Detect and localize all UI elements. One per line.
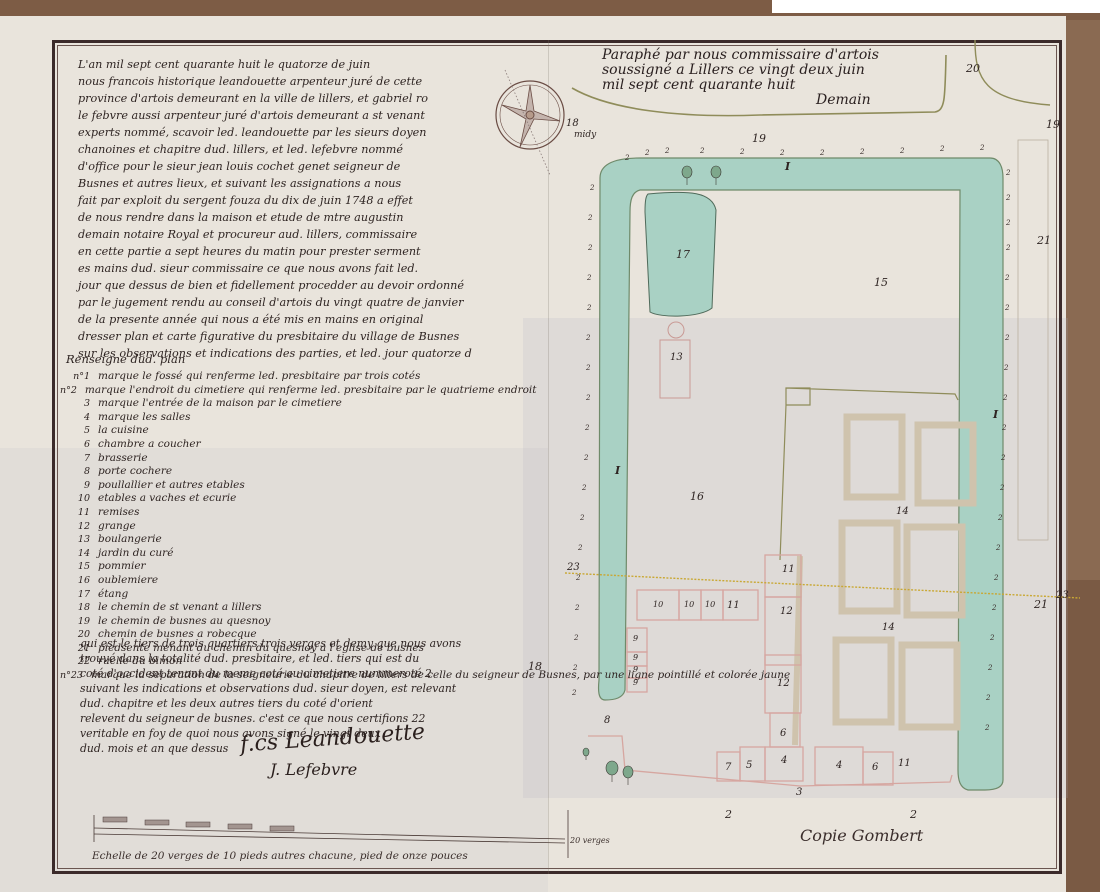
text-line: coté d'occident tenant du meme coté au c… bbox=[80, 666, 500, 681]
building-label: 4 bbox=[836, 760, 842, 771]
scale-end-label: 20 verges bbox=[570, 836, 610, 845]
svg-text:2: 2 bbox=[939, 145, 945, 153]
svg-text:2: 2 bbox=[1004, 304, 1010, 312]
text-line: Busnes et autres lieux, et suivant les a… bbox=[78, 175, 528, 192]
building-label: 12 bbox=[777, 678, 790, 689]
pasture-label: 16 bbox=[690, 490, 704, 503]
text-line: nous francois historique leandouette arp… bbox=[78, 73, 528, 90]
text-line: es mains dud. sieur commissaire ce que n… bbox=[78, 260, 528, 277]
orchard-label: 15 bbox=[874, 276, 888, 289]
svg-text:2: 2 bbox=[579, 514, 585, 522]
commissioner-signature: Demain bbox=[816, 92, 871, 108]
moat-label-right: I bbox=[993, 408, 998, 421]
text-line: relevent du seigneur de busnes. c'est ce… bbox=[80, 711, 500, 726]
text-line: trouvé dans la totalité dud. presbitaire… bbox=[80, 651, 500, 666]
svg-text:2: 2 bbox=[585, 334, 591, 342]
building-label: 9 bbox=[633, 678, 638, 687]
text-line: qui est le tiers de trois quartiers troi… bbox=[80, 636, 500, 651]
scale-caption: Echelle de 20 verges de 10 pieds autres … bbox=[92, 850, 468, 862]
approval-line: Paraphé par nous commissaire d'artois bbox=[602, 48, 922, 63]
svg-text:2: 2 bbox=[899, 147, 905, 155]
text-line: chanoines et chapitre dud. lillers, et l… bbox=[78, 141, 528, 158]
cemetery-label-2: 2 bbox=[910, 808, 917, 821]
approval-line: soussigné a Lillers ce vingt deux juin bbox=[602, 63, 922, 78]
boundary-23-right-label: 23 bbox=[1056, 590, 1069, 601]
text-line: en cette partie a sept heures du matin p… bbox=[78, 243, 528, 260]
text-line: jour que dessus de bien et fidellement p… bbox=[78, 277, 528, 294]
legend-title: Renseigne dud. plan bbox=[66, 352, 185, 366]
svg-text:2: 2 bbox=[586, 274, 592, 282]
svg-text:2: 2 bbox=[577, 544, 583, 552]
building-label: 5 bbox=[746, 760, 752, 771]
svg-text:2: 2 bbox=[586, 304, 592, 312]
building-label: 11 bbox=[898, 758, 911, 769]
legend-item: 15pommier bbox=[60, 560, 520, 574]
garden-label-1: 14 bbox=[896, 506, 909, 517]
legend-item: 16oublemiere bbox=[60, 574, 520, 588]
building-label: 9 bbox=[633, 665, 638, 674]
building-label: 10 bbox=[684, 600, 694, 609]
text-line: demain notaire Royal et procureur aud. l… bbox=[78, 226, 528, 243]
legend-item: 7brasserie bbox=[60, 452, 520, 466]
garden-beds-14 bbox=[836, 417, 973, 727]
text-line: le febvre aussi arpenteur juré d'artois … bbox=[78, 107, 528, 124]
svg-text:2: 2 bbox=[779, 149, 785, 157]
path-21-label: 21 bbox=[1037, 234, 1051, 247]
svg-text:2: 2 bbox=[581, 484, 587, 492]
compass-midy-label: midy bbox=[574, 130, 596, 140]
svg-text:2: 2 bbox=[987, 664, 993, 672]
road-20-outline bbox=[975, 40, 1050, 105]
text-line: dud. chapitre et les deux autres tiers d… bbox=[80, 696, 500, 711]
svg-text:2: 2 bbox=[664, 147, 670, 155]
svg-text:2: 2 bbox=[699, 147, 705, 155]
svg-text:2: 2 bbox=[1002, 394, 1008, 402]
svg-text:2: 2 bbox=[574, 604, 580, 612]
svg-text:2: 2 bbox=[1000, 454, 1006, 462]
text-line: province d'artois demeurant en la ville … bbox=[78, 90, 528, 107]
building-label: 11 bbox=[782, 564, 795, 575]
legend-item: 18le chemin de st venant a lillers bbox=[60, 601, 520, 615]
building-label: 6 bbox=[872, 762, 878, 773]
svg-text:2: 2 bbox=[644, 149, 650, 157]
legend-item: 13boulangerie bbox=[60, 533, 520, 547]
text-line: par le jugement rendu au conseil d'artoi… bbox=[78, 294, 528, 311]
legend-item: 3marque l'entrée de la maison par le cim… bbox=[60, 397, 520, 411]
legend-item: 19le chemin de busnes au quesnoy bbox=[60, 615, 520, 629]
svg-text:2: 2 bbox=[1005, 244, 1011, 252]
building-label: 11 bbox=[727, 600, 740, 611]
entrance-label: 3 bbox=[796, 787, 802, 798]
building-label: 9 bbox=[633, 634, 638, 643]
boundary-23-left-label: 23 bbox=[567, 562, 580, 573]
approval-note: Paraphé par nous commissaire d'artois so… bbox=[602, 48, 922, 93]
compass-marker-label: 18 bbox=[566, 118, 579, 129]
svg-text:2: 2 bbox=[979, 144, 985, 152]
svg-text:2: 2 bbox=[997, 514, 1003, 522]
svg-text:2: 2 bbox=[624, 154, 630, 162]
legend-item: 5la cuisine bbox=[60, 424, 520, 438]
legend-item: 8porte cochere bbox=[60, 465, 520, 479]
proces-verbal-text: L'an mil sept cent quarante huit le quat… bbox=[78, 56, 528, 362]
road-19-label: 19 bbox=[752, 132, 766, 145]
legend-item: n°1marque le fossé qui renferme led. pre… bbox=[60, 370, 520, 384]
porte-cochere-label: 8 bbox=[604, 715, 610, 726]
svg-text:2: 2 bbox=[995, 544, 1001, 552]
road-19-right-label: 19 bbox=[1046, 118, 1060, 131]
svg-text:2: 2 bbox=[585, 364, 591, 372]
text-line: L'an mil sept cent quarante huit le quat… bbox=[78, 56, 528, 73]
building-label: 6 bbox=[780, 728, 786, 739]
legend-item: 6chambre a coucher bbox=[60, 438, 520, 452]
surveyor-signature-2: J. Lefebvre bbox=[270, 760, 357, 779]
moat-label-left: I bbox=[615, 464, 620, 477]
legend-item: 10etables a vaches et ecurie bbox=[60, 492, 520, 506]
text-line: de nous rendre dans la maison et etude d… bbox=[78, 209, 528, 226]
legend-item: 9poullallier et autres etables bbox=[60, 479, 520, 493]
legend-item: 4marque les salles bbox=[60, 411, 520, 425]
svg-text:2: 2 bbox=[739, 148, 745, 156]
svg-text:2: 2 bbox=[999, 484, 1005, 492]
building-label: 10 bbox=[653, 600, 663, 609]
svg-text:2: 2 bbox=[575, 574, 581, 582]
building-label: 10 bbox=[705, 600, 715, 609]
approval-line: mil sept cent quarante huit bbox=[602, 78, 922, 93]
text-line: de la presente année qui nous a été mis … bbox=[78, 311, 528, 328]
garden-label-2: 14 bbox=[882, 622, 895, 633]
svg-text:2: 2 bbox=[1001, 424, 1007, 432]
svg-text:2: 2 bbox=[984, 724, 990, 732]
text-line: experts nommé, scavoir led. leandouette … bbox=[78, 124, 528, 141]
svg-text:2: 2 bbox=[819, 149, 825, 157]
pond-label: 17 bbox=[676, 248, 690, 261]
svg-text:2: 2 bbox=[1003, 364, 1009, 372]
legend-item: 11remises bbox=[60, 506, 520, 520]
building-label: 7 bbox=[725, 762, 731, 773]
svg-text:2: 2 bbox=[573, 634, 579, 642]
text-line: suivant les indications et observations … bbox=[80, 681, 500, 696]
svg-text:2: 2 bbox=[991, 604, 997, 612]
moat-label-top: I bbox=[785, 160, 790, 173]
svg-text:2: 2 bbox=[587, 214, 593, 222]
legend-item: 12grange bbox=[60, 520, 520, 534]
svg-text:2: 2 bbox=[859, 148, 865, 156]
legend-item: 17étang bbox=[60, 588, 520, 602]
svg-text:2: 2 bbox=[571, 689, 577, 697]
cemetery-label-1: 2 bbox=[725, 808, 732, 821]
svg-text:2: 2 bbox=[1004, 274, 1010, 282]
svg-text:2: 2 bbox=[585, 394, 591, 402]
svg-text:2: 2 bbox=[1005, 219, 1011, 227]
text-line: fait par exploit du sergent fouza du dix… bbox=[78, 192, 528, 209]
building-label: 4 bbox=[781, 755, 787, 766]
svg-text:2: 2 bbox=[1004, 334, 1010, 342]
legend-item: n°2marque l'endroit du cimetiere qui ren… bbox=[60, 384, 520, 398]
svg-text:2: 2 bbox=[583, 454, 589, 462]
legend-item: 14jardin du curé bbox=[60, 547, 520, 561]
svg-text:2: 2 bbox=[584, 424, 590, 432]
road-20-label: 20 bbox=[966, 62, 980, 75]
svg-text:2: 2 bbox=[1005, 169, 1011, 177]
path-21-label-lower: 21 bbox=[1034, 598, 1048, 611]
svg-text:2: 2 bbox=[589, 184, 595, 192]
text-line: dresser plan et carte figurative du pres… bbox=[78, 328, 528, 345]
svg-text:2: 2 bbox=[989, 634, 995, 642]
building-label: 9 bbox=[633, 653, 638, 662]
svg-text:2: 2 bbox=[1005, 194, 1011, 202]
building-label: 12 bbox=[780, 606, 793, 617]
text-line: d'office pour le sieur jean louis cochet… bbox=[78, 158, 528, 175]
bakehouse-label: 13 bbox=[670, 352, 683, 363]
svg-text:2: 2 bbox=[993, 574, 999, 582]
svg-text:2: 2 bbox=[587, 244, 593, 252]
road-18-label: 18 bbox=[528, 660, 542, 673]
copy-certification-signature: Copie Gombert bbox=[800, 826, 923, 845]
road-21-strip bbox=[1018, 140, 1048, 540]
svg-text:2: 2 bbox=[985, 694, 991, 702]
